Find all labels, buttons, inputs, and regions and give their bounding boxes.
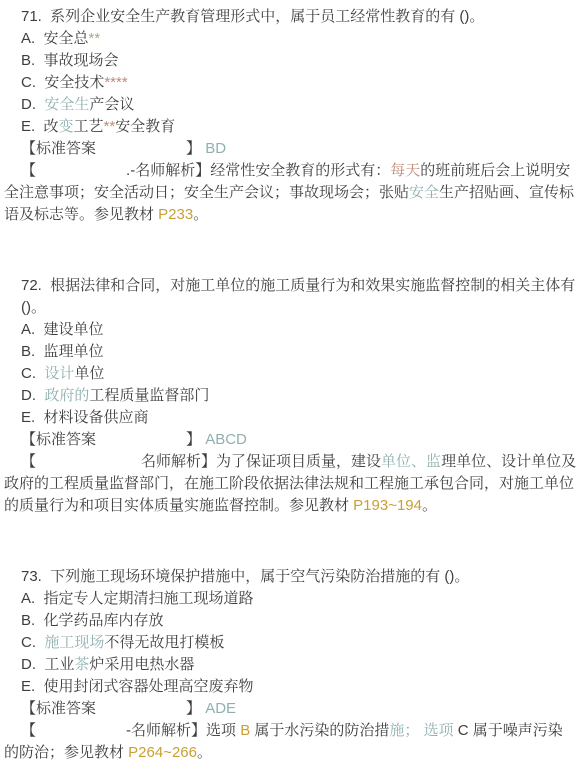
option-b: B. 事故现场会 (4, 50, 577, 72)
analysis-paragraph: 【 名师解析】为了保证项目质量，建设单位、监理单位、设计单位及政府的工程质量监督… (4, 451, 577, 517)
question-block-72: 72. 根据法律和合同，对施工单位的施工质量行为和效果实施监督控制的相关主体有 … (4, 275, 577, 517)
option-d: D. 政府的工程质量监督部门 (4, 385, 577, 407)
analysis-paragraph: 【 -名师解析】选项 B 属于水污染的防治措施； 选项 C 属于噪声污染的防治；… (4, 720, 577, 764)
option-d: D. 安全生产会议 (4, 94, 577, 116)
option-c: C. 设计单位 (4, 363, 577, 385)
option-a: A. 安全总** (4, 28, 577, 50)
question-title: 72. 根据法律和合同，对施工单位的施工质量行为和效果实施监督控制的相关主体有 … (4, 275, 577, 319)
option-a: A. 建设单位 (4, 319, 577, 341)
analysis-paragraph: 【 .-名师解析】经常性安全教育的形式有：每天的班前班后会上说明安全注意事项；安… (4, 160, 577, 226)
question-block-73: 73. 下列施工现场环境保护措施中，属于空气污染防治措施的有 ()。 A. 指定… (4, 566, 577, 764)
option-c: C. 安全技术**** (4, 72, 577, 94)
option-e: E. 材料设备供应商 (4, 407, 577, 429)
exam-document-page: 71. 系列企业安全生产教育管理形式中，属于员工经常性教育的有 ()。 A. 安… (0, 0, 581, 774)
standard-answer-line: 【标准答案 】 ABCD (4, 429, 577, 451)
standard-answer-line: 【标准答案 】 ADE (4, 698, 577, 720)
question-title: 73. 下列施工现场环境保护措施中，属于空气污染防治措施的有 ()。 (4, 566, 577, 588)
option-b: B. 监理单位 (4, 341, 577, 363)
option-b: B. 化学药品库内存放 (4, 610, 577, 632)
option-e: E. 使用封闭式容器处理高空废弃物 (4, 676, 577, 698)
option-a: A. 指定专人定期清扫施工现场道路 (4, 588, 577, 610)
question-block-71: 71. 系列企业安全生产教育管理形式中，属于员工经常性教育的有 ()。 A. 安… (4, 6, 577, 226)
option-c: C. 施工现场不得无故甩打模板 (4, 632, 577, 654)
option-e: E. 改变工艺**安全教育 (4, 116, 577, 138)
question-title: 71. 系列企业安全生产教育管理形式中，属于员工经常性教育的有 ()。 (4, 6, 577, 28)
option-d: D. 工业茶炉采用电热水器 (4, 654, 577, 676)
standard-answer-line: 【标准答案 】 BD (4, 138, 577, 160)
